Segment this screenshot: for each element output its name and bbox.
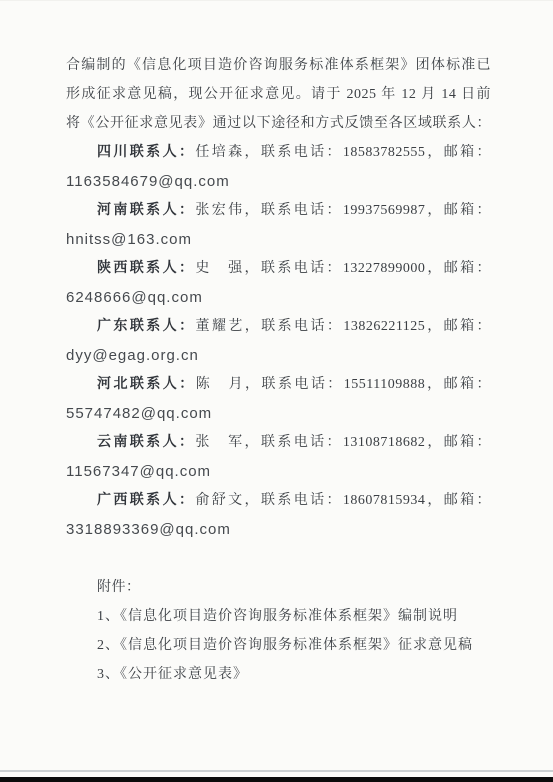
contact-region-label: 四川联系人： [97, 145, 195, 160]
document-page: 合编制的《信息化项目造价咨询服务标准体系框架》团体标准已 形成征求意见稿，现公开… [0, 0, 553, 782]
attachment-item: 3、《公开征求意见表》 [66, 660, 491, 689]
contact-details: 董耀艺，联系电话：13826221125，邮箱： [196, 319, 491, 334]
intro-paragraph-line: 将《公开征求意见表》通过以下途径和方式反馈至各区域联系人： [66, 109, 491, 138]
contact-region-label: 河北联系人： [97, 377, 196, 392]
contact-email: dyy@egag.org.cn [66, 341, 491, 370]
contact-email: 55747482@qq.com [66, 399, 491, 428]
contact-email: 3318893369@qq.com [66, 515, 491, 544]
contact-region-label: 陕西联系人： [97, 261, 195, 276]
contact-details: 张 军，联系电话：13108718682，邮箱： [195, 435, 491, 450]
contact-region-label: 广西联系人： [97, 493, 195, 508]
contact-email: 6248666@qq.com [66, 283, 491, 312]
contact-row-henan: 河南联系人：张宏伟，联系电话：19937569987，邮箱： [66, 196, 491, 225]
document-body: 合编制的《信息化项目造价咨询服务标准体系框架》团体标准已 形成征求意见稿，现公开… [66, 51, 491, 689]
contact-row-guangxi: 广西联系人：俞舒文，联系电话：18607815934，邮箱： [66, 486, 491, 515]
contact-details: 任培森，联系电话：18583782555，邮箱： [195, 145, 491, 160]
contact-region-label: 河南联系人： [97, 203, 195, 218]
contact-row-shaanxi: 陕西联系人：史 强，联系电话：13227899000，邮箱： [66, 254, 491, 283]
contact-row-guangdong: 广东联系人：董耀艺，联系电话：13826221125，邮箱： [66, 312, 491, 341]
attachment-item: 2、《信息化项目造价咨询服务标准体系框架》征求意见稿 [66, 631, 491, 660]
scan-edge-strip [0, 777, 553, 782]
contact-details: 史 强，联系电话：13227899000，邮箱： [195, 261, 491, 276]
contact-details: 俞舒文，联系电话：18607815934，邮箱： [195, 493, 491, 508]
contact-details: 张宏伟，联系电话：19937569987，邮箱： [195, 203, 491, 218]
contact-row-sichuan: 四川联系人：任培森，联系电话：18583782555，邮箱： [66, 138, 491, 167]
contact-details: 陈 月，联系电话：15511109888，邮箱： [196, 377, 491, 392]
contact-region-label: 广东联系人： [97, 319, 196, 334]
contact-email: hnitss@163.com [66, 225, 491, 254]
contact-email: 11567347@qq.com [66, 457, 491, 486]
intro-paragraph-line: 形成征求意见稿，现公开征求意见。请于 2025 年 12 月 14 日前 [66, 80, 491, 109]
paragraph-spacer [66, 544, 491, 573]
attachment-item: 1、《信息化项目造价咨询服务标准体系框架》编制说明 [66, 602, 491, 631]
contact-row-yunnan: 云南联系人：张 军，联系电话：13108718682，邮箱： [66, 428, 491, 457]
attachments-title: 附件： [66, 573, 491, 602]
contact-row-hebei: 河北联系人：陈 月，联系电话：15511109888，邮箱： [66, 370, 491, 399]
contact-email: 1163584679@qq.com [66, 167, 491, 196]
contact-region-label: 云南联系人： [97, 435, 195, 450]
intro-paragraph-line: 合编制的《信息化项目造价咨询服务标准体系框架》团体标准已 [66, 51, 491, 80]
page-bottom-divider [0, 770, 553, 772]
